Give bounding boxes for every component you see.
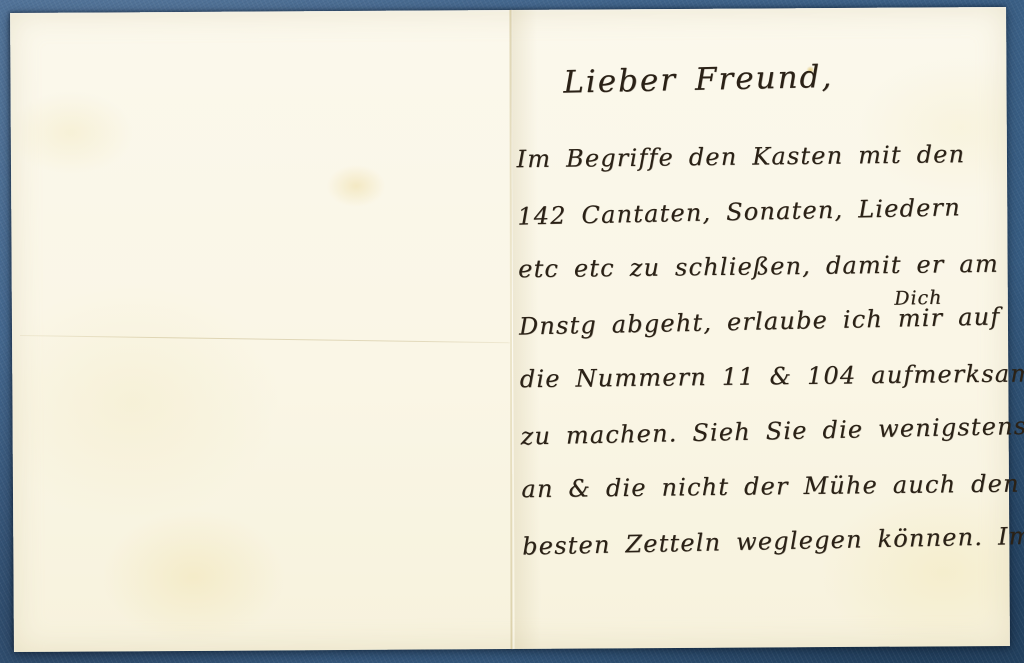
letter-line: Im Begriffe den Kasten mit den (516, 140, 1005, 201)
letter-line: die Nummern 11 & 104 aufmerksam (520, 360, 1009, 421)
letter-line-text: an & die nicht der Mühe auch den (521, 470, 1020, 504)
letter-line-text: die Nummern 11 & 104 aufmerksam (520, 359, 1024, 393)
letter-line-text: etc etc zu schließen, damit er am (518, 250, 999, 283)
letter-line: 142 Cantaten, Sonaten, Liedern (517, 192, 1006, 257)
letter-line: besten Zetteln weglegen können. Im (522, 522, 1011, 587)
letter-line: Lieber Freund, (515, 55, 1005, 147)
photo-background: Lieber Freund,Im Begriffe den Kasten mit… (0, 0, 1024, 663)
letter-page-left (10, 10, 512, 652)
letter-line-text: Im Begriffe den Kasten mit den (516, 140, 965, 173)
letter-line: Dnstg abgeht, erlaube ich mir aufDich (519, 302, 1008, 367)
letter-line: zu machen. Sieh Sie die wenigstens durch (520, 412, 1009, 477)
inserted-word-above-line: Dich (894, 287, 943, 310)
letter-line: an & die nicht der Mühe auch den (521, 470, 1010, 531)
horizontal-crease (20, 335, 510, 343)
letter-page-right: Lieber Freund,Im Begriffe den Kasten mit… (511, 7, 1010, 649)
letter-line-text: Lieber Freund, (563, 59, 834, 101)
letter-paper: Lieber Freund,Im Begriffe den Kasten mit… (10, 7, 1010, 652)
handwritten-letter: Lieber Freund,Im Begriffe den Kasten mit… (515, 57, 1011, 586)
